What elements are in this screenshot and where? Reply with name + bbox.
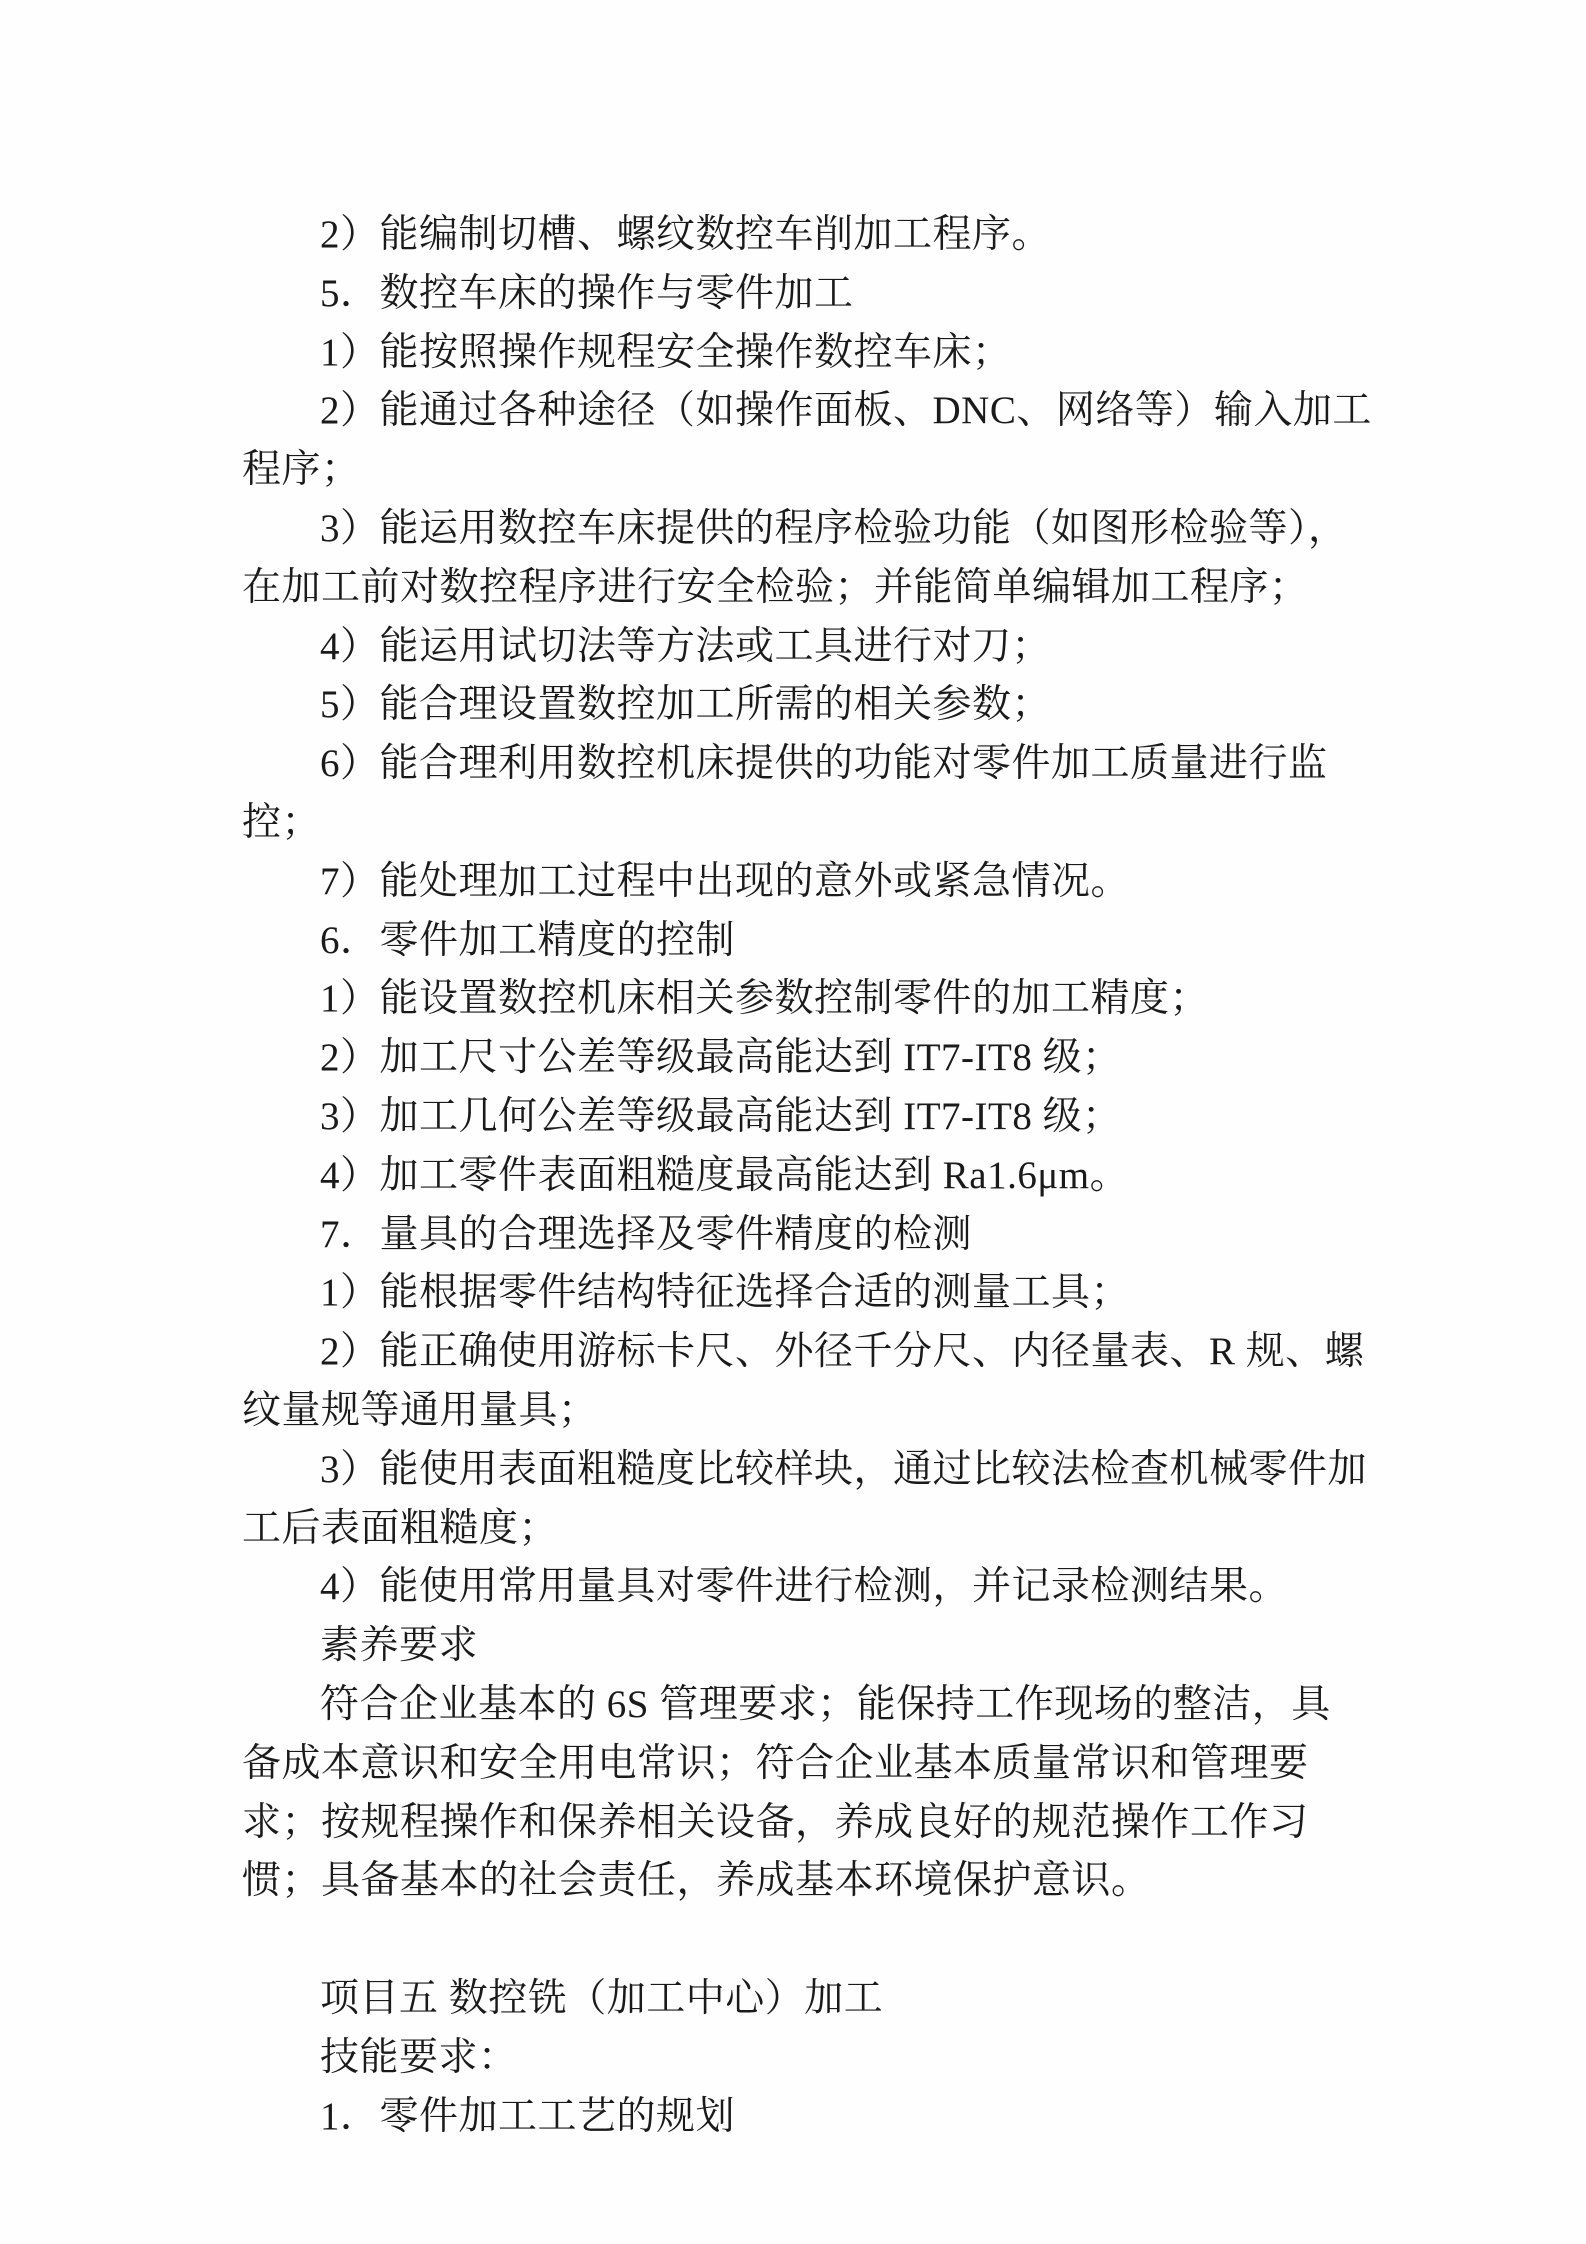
text-line-list-item: 2）能编制切槽、螺纹数控车削加工程序。	[242, 206, 1466, 265]
text-line-subsection-heading: 素养要求	[242, 1617, 1466, 1676]
text-line-continuation: 控；	[242, 794, 1466, 853]
text-line-continuation: 在加工前对数控程序进行安全检验；并能简单编辑加工程序；	[242, 559, 1466, 618]
text-line-list-item: 2）能正确使用游标卡尺、外径千分尺、内径量表、R 规、螺	[242, 1323, 1466, 1382]
text-line-list-item: 1）能按照操作规程安全操作数控车床；	[242, 324, 1466, 383]
text-line-list-item: 4）能运用试切法等方法或工具进行对刀；	[242, 618, 1466, 677]
text-line-paragraph-start: 符合企业基本的 6S 管理要求；能保持工作现场的整洁，具	[242, 1676, 1466, 1735]
text-line-numbered-heading: 1．零件加工工艺的规划	[242, 2088, 1466, 2147]
text-line-continuation: 求；按规程操作和保养相关设备，养成良好的规范操作工作习	[242, 1794, 1466, 1853]
text-line-list-item: 1）能设置数控机床相关参数控制零件的加工精度；	[242, 970, 1466, 1029]
text-line-continuation: 备成本意识和安全用电常识；符合企业基本质量常识和管理要	[242, 1735, 1466, 1794]
text-line-list-item: 3）能使用表面粗糙度比较样块，通过比较法检查机械零件加	[242, 1441, 1466, 1500]
text-line-list-item: 3）加工几何公差等级最高能达到 IT7-IT8 级；	[242, 1088, 1466, 1147]
text-line-list-item: 4）能使用常用量具对零件进行检测，并记录检测结果。	[242, 1558, 1466, 1617]
text-line-continuation: 惯；具备基本的社会责任，养成基本环境保护意识。	[242, 1852, 1466, 1911]
blank-line	[242, 1911, 1466, 1970]
text-line-list-item: 1）能根据零件结构特征选择合适的测量工具；	[242, 1264, 1466, 1323]
text-line-continuation: 程序；	[242, 441, 1466, 500]
document-content: 2）能编制切槽、螺纹数控车削加工程序。5．数控车床的操作与零件加工1）能按照操作…	[0, 0, 1586, 2146]
text-line-numbered-heading: 7．量具的合理选择及零件精度的检测	[242, 1206, 1466, 1265]
text-line-list-item: 7）能处理加工过程中出现的意外或紧急情况。	[242, 853, 1466, 912]
document-page: 2）能编制切槽、螺纹数控车削加工程序。5．数控车床的操作与零件加工1）能按照操作…	[0, 0, 1586, 2244]
text-line-list-item: 5）能合理设置数控加工所需的相关参数；	[242, 676, 1466, 735]
text-line-list-item: 3）能运用数控车床提供的程序检验功能（如图形检验等），	[242, 500, 1466, 559]
text-line-continuation: 工后表面粗糙度；	[242, 1500, 1466, 1559]
text-line-section-heading: 项目五 数控铣（加工中心）加工	[242, 1970, 1466, 2029]
text-line-numbered-heading: 6．零件加工精度的控制	[242, 912, 1466, 971]
text-line-list-item: 2）能通过各种途径（如操作面板、DNC、网络等）输入加工	[242, 382, 1466, 441]
text-line-list-item: 4）加工零件表面粗糙度最高能达到 Ra1.6μm。	[242, 1147, 1466, 1206]
text-line-list-item: 2）加工尺寸公差等级最高能达到 IT7-IT8 级；	[242, 1029, 1466, 1088]
text-line-subsection-heading: 技能要求：	[242, 2029, 1466, 2088]
text-line-continuation: 纹量规等通用量具；	[242, 1382, 1466, 1441]
text-line-numbered-heading: 5．数控车床的操作与零件加工	[242, 265, 1466, 324]
text-line-list-item: 6）能合理利用数控机床提供的功能对零件加工质量进行监	[242, 735, 1466, 794]
